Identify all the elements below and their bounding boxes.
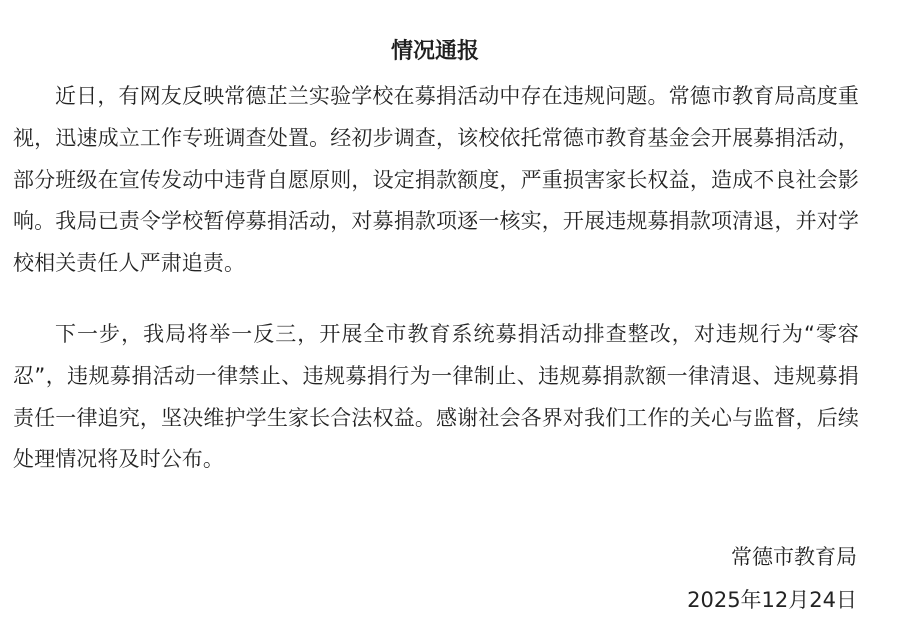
paragraph-2: 下一步，我局将举一反三，开展全市教育系统募捐活动排查整改，对违规行为“零容忍”，… xyxy=(13,314,859,481)
paragraph-1: 近日，有网友反映常德芷兰实验学校在募捐活动中存在违规问题。常德市教育局高度重视，… xyxy=(13,76,859,285)
issue-date: 2025年12月24日 xyxy=(687,581,857,619)
issuer-signature: 常德市教育局 xyxy=(731,538,857,576)
document-title: 情况通报 xyxy=(0,34,870,70)
